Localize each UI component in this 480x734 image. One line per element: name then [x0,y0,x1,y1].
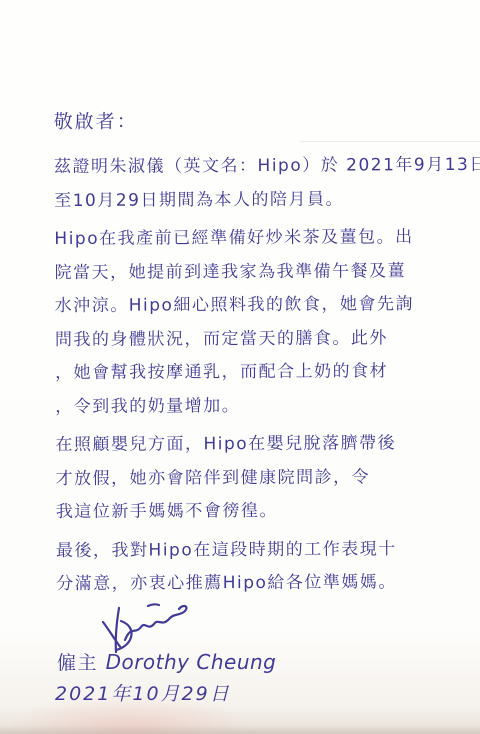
letter-body: 敬啟者： 茲證明朱淑儀（英文名：Hipo）於 2021年9月13日 至10月29… [54,105,457,607]
signer-line: 僱主 Dorothy Cheung [57,648,276,675]
handwritten-line: ，令到我的奶量增加。 [55,388,455,424]
handwritten-line: 茲證明朱淑儀（英文名：Hipo）於 2021年9月13日 [54,149,454,185]
signature-date: 2021年10月29日 [55,679,231,706]
paragraph-baby-care: 在照顧嬰兒方面，Hipo在嬰兒脫落臍帶後 才放假，她亦會陪伴到健康院問診，令 我… [55,427,456,530]
handwritten-line: 最後，我對Hipo在這段時期的工作表現十 [56,532,456,568]
handwritten-line: 才放假，她亦會陪伴到健康院問診，令 [56,460,456,496]
signer-name: Dorothy Cheung [106,650,277,674]
paragraph-recommendation: 最後，我對Hipo在這段時期的工作表現十 分滿意，亦衷心推薦Hipo給各位準媽媽… [56,532,456,601]
handwritten-line: 我這位新手媽媽不會徬徨。 [56,494,456,530]
employer-label: 僱主 [57,652,98,674]
salutation: 敬啟者： [54,105,454,137]
handwritten-line: 分滿意，亦衷心推薦Hipo給各位準媽媽。 [56,566,456,602]
handwritten-line: Hipo在我產前已經準備好炒米茶及薑包。出 [54,221,454,257]
handwritten-line: ，她會幫我按摩通乳，而配合上奶的食材 [55,355,455,391]
handwritten-line: 院當天，她提前到達我家為我準備午餐及薑 [54,254,454,290]
handwritten-line: 水沖涼。Hipo細心照料我的飲食，她會先詢 [55,288,455,324]
handwritten-line: 在照顧嬰兒方面，Hipo在嬰兒脫落臍帶後 [55,427,455,463]
letter-page: 敬啟者： 茲證明朱淑儀（英文名：Hipo）於 2021年9月13日 至10月29… [0,0,480,734]
handwritten-line: 至10月29日期間為本人的陪月員。 [54,182,454,218]
handwritten-line: 問我的身體狀況，而定當天的膳食。此外 [55,321,455,357]
paragraph-intro: 茲證明朱淑儀（英文名：Hipo）於 2021年9月13日 至10月29日期間為本… [54,149,454,218]
scan-shadow-bottom [0,725,480,734]
paragraph-meal-care: Hipo在我產前已經準備好炒米茶及薑包。出 院當天，她提前到達我家為我準備午餐及… [54,221,455,424]
